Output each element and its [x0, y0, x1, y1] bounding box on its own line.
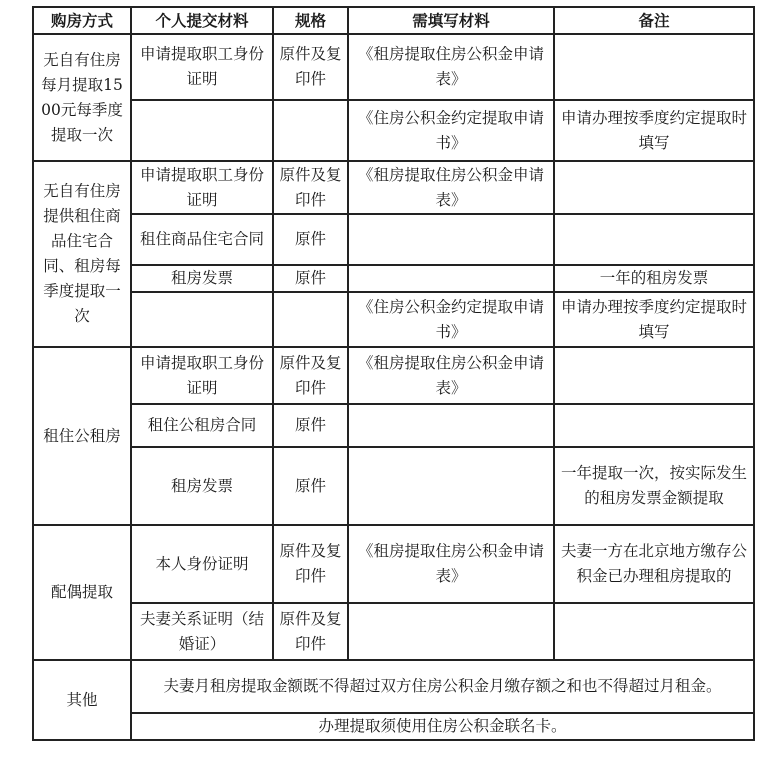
table-row: 《住房公积金约定提取申请书》 申请办理按季度约定提取时填写: [33, 292, 754, 347]
material-cell: 申请提取职工身份证明: [131, 347, 273, 404]
material-cell: 租房发票: [131, 447, 273, 525]
spec-cell: 原件及复印件: [273, 603, 348, 660]
table-row: 租房发票 原件 一年提取一次，按实际发生的租房发票金额提取: [33, 447, 754, 525]
material-cell: 租住商品住宅合同: [131, 214, 273, 265]
material-cell: 申请提取职工身份证明: [131, 34, 273, 100]
table-row: 《住房公积金约定提取申请书》 申请办理按季度约定提取时填写: [33, 100, 754, 161]
spec-cell: [273, 292, 348, 347]
other-label-cell: 其他: [33, 660, 131, 740]
note-cell: [554, 214, 754, 265]
table-row: 无自有住房提供租住商品住宅合同、租房每季度提取一次 申请提取职工身份证明 原件及…: [33, 161, 754, 214]
withdrawal-materials-table: 购房方式 个人提交材料 规格 需填写材料 备注 无自有住房每月提取1500元每季…: [32, 6, 755, 741]
table-row: 配偶提取 本人身份证明 原件及复印件 《租房提取住房公积金申请表》 夫妻一方在北…: [33, 525, 754, 603]
spec-cell: 原件及复印件: [273, 161, 348, 214]
form-cell: 《租房提取住房公积金申请表》: [348, 347, 554, 404]
table-row: 租住公租房合同 原件: [33, 404, 754, 447]
form-cell: [348, 214, 554, 265]
method-cell: 无自有住房提供租住商品住宅合同、租房每季度提取一次: [33, 161, 131, 347]
table-row: 夫妻关系证明（结婚证） 原件及复印件: [33, 603, 754, 660]
table-row: 租住商品住宅合同 原件: [33, 214, 754, 265]
form-cell: 《租房提取住房公积金申请表》: [348, 525, 554, 603]
material-cell: [131, 292, 273, 347]
spec-cell: 原件及复印件: [273, 525, 348, 603]
table-row: 租房发票 原件 一年的租房发票: [33, 265, 754, 292]
form-cell: [348, 404, 554, 447]
table-row: 租住公租房 申请提取职工身份证明 原件及复印件 《租房提取住房公积金申请表》: [33, 347, 754, 404]
spec-cell: 原件及复印件: [273, 347, 348, 404]
form-cell: 《租房提取住房公积金申请表》: [348, 161, 554, 214]
spec-cell: 原件及复印件: [273, 34, 348, 100]
table-row: 无自有住房每月提取1500元每季度提取一次 申请提取职工身份证明 原件及复印件 …: [33, 34, 754, 100]
other-note-2: 办理提取须使用住房公积金联名卡。: [131, 713, 754, 740]
header-note: 备注: [554, 7, 754, 34]
form-cell: 《租房提取住房公积金申请表》: [348, 34, 554, 100]
header-method: 购房方式: [33, 7, 131, 34]
material-cell: 本人身份证明: [131, 525, 273, 603]
note-cell: 一年的租房发票: [554, 265, 754, 292]
note-cell: [554, 34, 754, 100]
note-cell: 夫妻一方在北京地方缴存公积金已办理租房提取的: [554, 525, 754, 603]
other-note-1: 夫妻月租房提取金额既不得超过双方住房公积金月缴存额之和也不得超过月租金。: [131, 660, 754, 713]
spec-cell: 原件: [273, 404, 348, 447]
note-cell: [554, 347, 754, 404]
spec-cell: 原件: [273, 447, 348, 525]
form-cell: 《住房公积金约定提取申请书》: [348, 292, 554, 347]
material-cell: 租住公租房合同: [131, 404, 273, 447]
material-cell: 申请提取职工身份证明: [131, 161, 273, 214]
method-cell: 配偶提取: [33, 525, 131, 660]
note-cell: 申请办理按季度约定提取时填写: [554, 100, 754, 161]
header-material: 个人提交材料: [131, 7, 273, 34]
note-cell: [554, 161, 754, 214]
material-cell: [131, 100, 273, 161]
header-spec: 规格: [273, 7, 348, 34]
spec-cell: 原件: [273, 214, 348, 265]
spec-cell: [273, 100, 348, 161]
other-row: 办理提取须使用住房公积金联名卡。: [33, 713, 754, 740]
form-cell: [348, 265, 554, 292]
note-cell: 一年提取一次，按实际发生的租房发票金额提取: [554, 447, 754, 525]
form-cell: [348, 603, 554, 660]
note-cell: 申请办理按季度约定提取时填写: [554, 292, 754, 347]
header-form: 需填写材料: [348, 7, 554, 34]
method-cell: 无自有住房每月提取1500元每季度提取一次: [33, 34, 131, 161]
header-row: 购房方式 个人提交材料 规格 需填写材料 备注: [33, 7, 754, 34]
other-row: 其他 夫妻月租房提取金额既不得超过双方住房公积金月缴存额之和也不得超过月租金。: [33, 660, 754, 713]
form-cell: [348, 447, 554, 525]
note-cell: [554, 603, 754, 660]
method-cell: 租住公租房: [33, 347, 131, 525]
note-cell: [554, 404, 754, 447]
material-cell: 租房发票: [131, 265, 273, 292]
spec-cell: 原件: [273, 265, 348, 292]
material-cell: 夫妻关系证明（结婚证）: [131, 603, 273, 660]
form-cell: 《住房公积金约定提取申请书》: [348, 100, 554, 161]
